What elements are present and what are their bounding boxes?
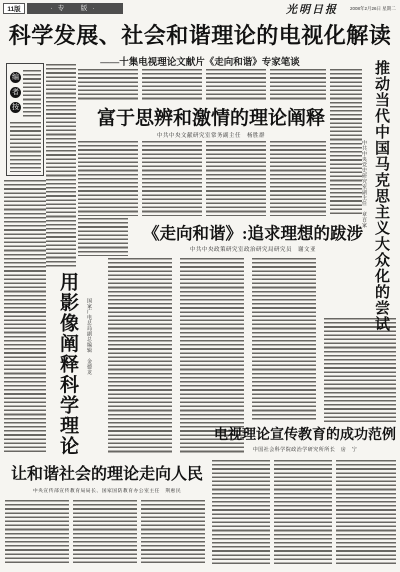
editor-note-box: 编 者 按	[6, 63, 44, 176]
text-column	[5, 500, 69, 564]
text-column	[212, 460, 270, 564]
editor-note-text	[10, 122, 41, 172]
article2-byline: 中共中央政策研究室政治研究局研究员 谢文亚	[133, 245, 373, 253]
editor-badge-3: 按	[10, 102, 21, 113]
text-column	[141, 500, 205, 564]
article4-byline-vertical: 国家广电总局副总编辑 金德龙	[86, 298, 93, 430]
text-column	[336, 460, 396, 564]
text-column	[252, 258, 316, 420]
text-column	[142, 141, 202, 216]
text-column	[73, 500, 137, 564]
text-column	[46, 64, 76, 268]
editor-note-text	[23, 70, 41, 118]
text-column	[330, 69, 362, 215]
newspaper-page: 11版 ·专 版· 光明日报 2008年2月26日 星期二 科学发展、社会和谐理…	[0, 0, 400, 572]
article6-headline: 电视理论宣传教育的成功范例	[214, 424, 396, 444]
article6-byline: 中国社会科学院政治学研究所所长 房 宁	[214, 446, 396, 453]
text-column	[78, 141, 138, 216]
article5-byline: 中央宣传部宣传教育局局长、国家国防教育办公室主任 荆惠民	[8, 487, 206, 494]
article3-byline-vertical: 中共中央党史研究室副主任 章百家	[361, 140, 368, 266]
editor-badge-2: 者	[10, 87, 21, 98]
text-column	[78, 69, 138, 102]
date-line: 2008年2月26日 星期二	[350, 6, 396, 12]
text-column	[142, 69, 202, 102]
text-column	[206, 141, 266, 216]
text-column	[274, 460, 332, 564]
article4-headline-vertical: 用影像阐释科学理论	[54, 272, 81, 456]
masthead-logo: 光明日报	[286, 1, 348, 15]
section-label-bar: ·专 版·	[27, 3, 123, 14]
article5-headline: 让和谐社会的理论走向人民	[8, 461, 206, 484]
text-column	[324, 318, 396, 422]
text-column	[206, 69, 266, 102]
article1-headline: 富于思辨和激情的理论阐释	[95, 103, 327, 130]
article3-headline-vertical: 推动当代中国马克思主义大众化的尝试	[371, 60, 392, 316]
article1-byline: 中共中央文献研究室常务副主任 杨胜群	[95, 131, 327, 139]
text-column	[108, 258, 172, 454]
text-column	[4, 180, 46, 454]
main-headline: 科学发展、社会和谐理论的电视化解读	[0, 19, 400, 50]
text-column	[270, 141, 326, 216]
text-column	[78, 218, 128, 256]
text-column	[270, 69, 326, 102]
editor-badge-1: 编	[10, 72, 21, 83]
article2-headline: 《走向和谐》:追求理想的跋涉	[133, 220, 373, 244]
page-number: 11版	[3, 3, 25, 14]
